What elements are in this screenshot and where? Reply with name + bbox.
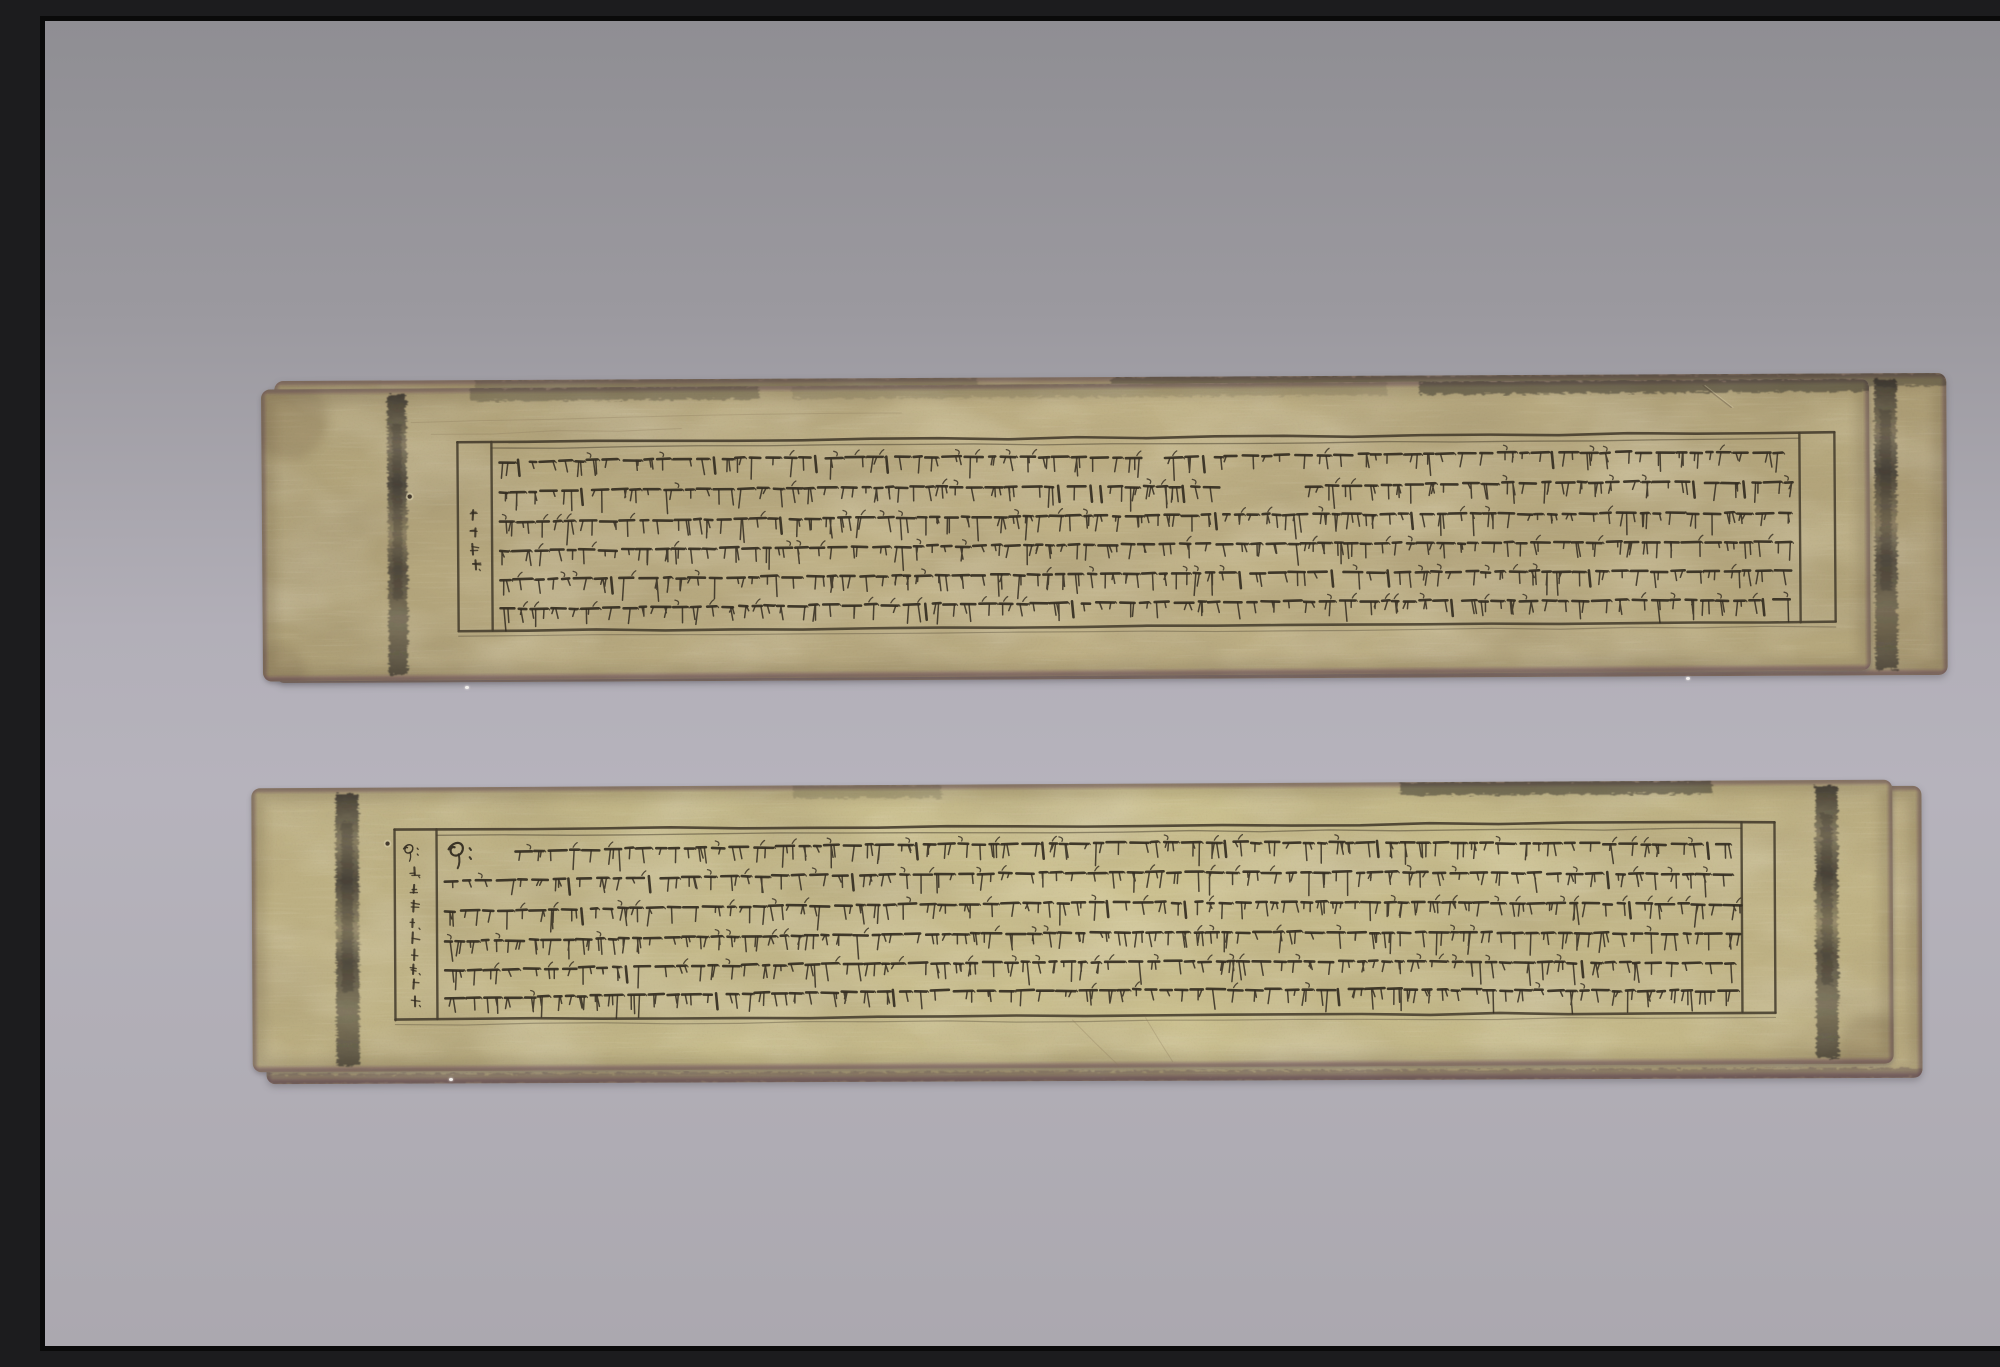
right-ink-smudge-stripe	[1874, 379, 1897, 669]
lower-leaf-leaf	[251, 780, 1893, 1073]
left-ink-smudge-stripe	[387, 395, 408, 675]
dust-speck	[449, 1078, 453, 1081]
upper-leaf-leaf	[261, 378, 1871, 681]
right-ink-smudge-stripe	[1815, 786, 1838, 1058]
dust-speck	[1686, 677, 1690, 680]
left-ink-smudge-stripe	[335, 794, 359, 1066]
manuscript-photograph	[40, 16, 2000, 1351]
dust-speck	[465, 686, 469, 689]
